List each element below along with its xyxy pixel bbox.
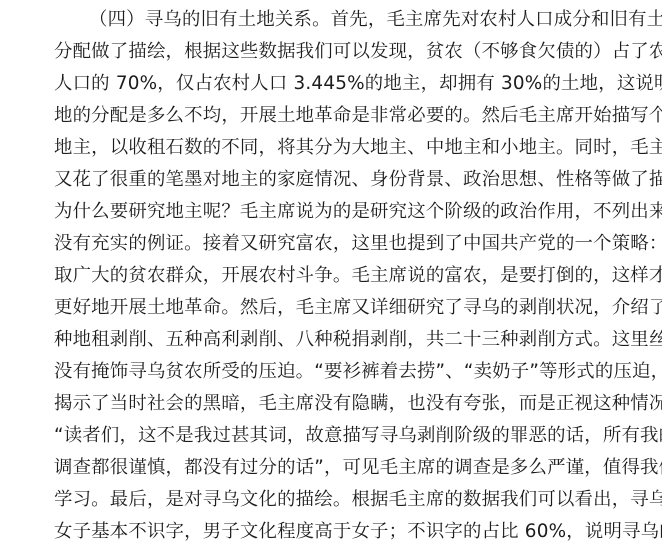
text-line: （四）寻乌的旧有土地关系。首先，毛主席先对农村人口成分和旧有土地 (89, 5, 662, 35)
text-line: 调查都很谨慎，都没有过分的话”，可见毛主席的调查是多么严谨，值得我们 (54, 453, 662, 483)
text-line: 种地租剥削、五种高利剥削、八种税捐剥削，共二十三种剥削方式。这里丝毫 (54, 325, 662, 355)
text-line: 没有掩饰寻乌贫农所受的压迫。“要衫裤着去捞”、“卖奶子”等形式的压迫， (54, 357, 662, 387)
text-line: 分配做了描绘，根据这些数据我们可以发现，贫农（不够食欠债的）占了农村 (54, 37, 662, 67)
text-line: 人口的 70%，仅占农村人口 3.445%的地主，却拥有 30%的土地，这说明土 (54, 69, 662, 99)
text-line: 地主，以收租石数的不同，将其分为大地主、中地主和小地主。同时，毛主席 (54, 133, 662, 163)
text-line: 更好地开展土地革命。然后，毛主席又详细研究了寻乌的剥削状况，介绍了十 (54, 293, 662, 323)
text-line: 取广大的贫农群众，开展农村斗争。毛主席说的富农，是要打倒的，这样才能 (54, 261, 662, 291)
text-line: 学习。最后，是对寻乌文化的描绘。根据毛主席的数据我们可以看出，寻乌的 (54, 485, 662, 515)
text-line: 揭示了当时社会的黑暗，毛主席没有隐瞒，也没有夸张，而是正视这种情况。 (54, 389, 662, 419)
text-line: 没有充实的例证。接着又研究富农，这里也提到了中国共产党的一个策略：争 (54, 229, 662, 259)
text-line: 为什么要研究地主呢？毛主席说为的是研究这个阶级的政治作用，不列出来便 (54, 197, 662, 227)
text-line: 地的分配是多么不均，开展土地革命是非常必要的。然后毛主席开始描写个人 (54, 101, 662, 131)
text-line: 女子基本不识字，男子文化程度高于女子；不识字的占比 60%，说明寻乌的教 (54, 517, 662, 547)
document-page: （四）寻乌的旧有土地关系。首先，毛主席先对农村人口成分和旧有土地 分配做了描绘，… (0, 0, 662, 555)
text-line-quote: “读者们，这不是我过甚其词，故意描写寻乌剥削阶级的罪恶的话，所有我的 (54, 421, 662, 451)
text-line: 又花了很重的笔墨对地主的家庭情况、身份背景、政治思想、性格等做了描写。 (54, 165, 662, 195)
